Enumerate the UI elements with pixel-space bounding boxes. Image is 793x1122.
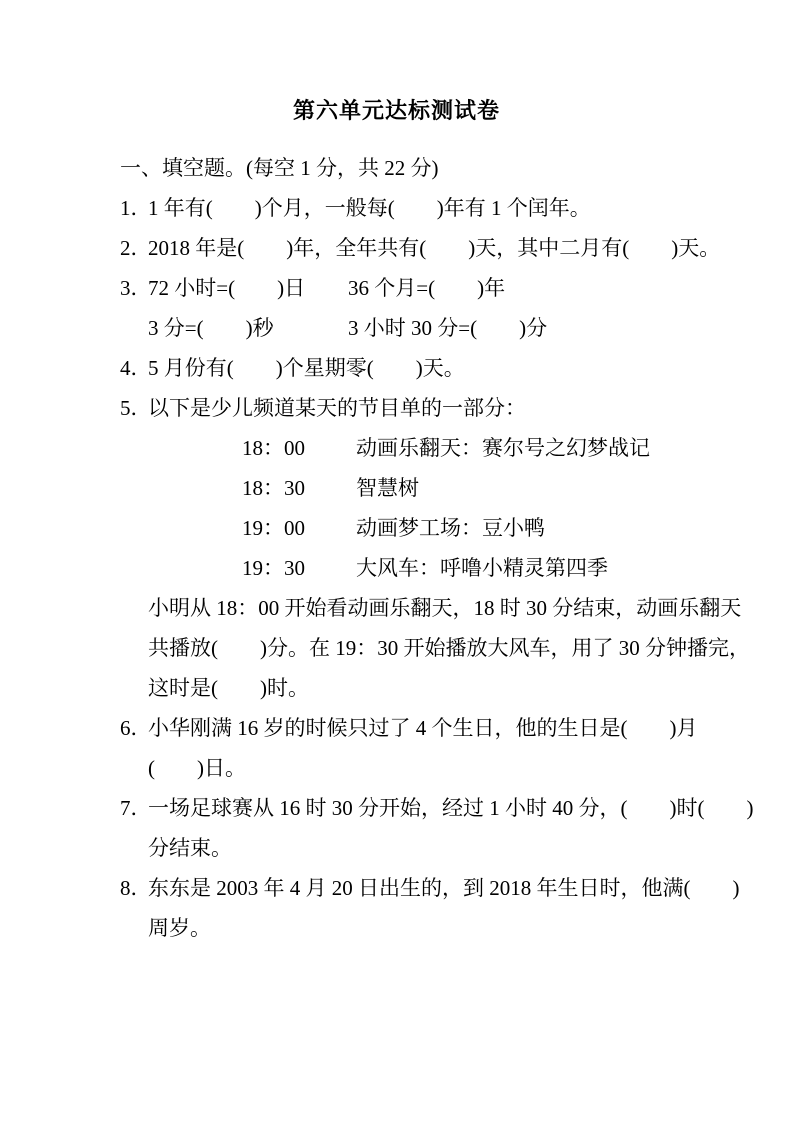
question-4: 4．5 月份有( )个星期零( )天。 xyxy=(120,348,693,388)
schedule-row: 19：30大风车：呼噜小精灵第四季 xyxy=(120,548,693,588)
question-2: 2．2018 年是( )年，全年共有( )天，其中二月有( )天。 xyxy=(120,228,693,268)
question-number: 2． xyxy=(120,228,148,268)
question-text-line: 周岁。 xyxy=(120,908,693,948)
question-5: 5．以下是少儿频道某天的节目单的一部分： 18：00动画乐翻天：赛尔号之幻梦战记… xyxy=(120,388,693,708)
schedule-time: 19：00 xyxy=(242,508,356,548)
schedule-time: 18：00 xyxy=(242,428,356,468)
question-text-line: 7．一场足球赛从 16 时 30 分开始，经过 1 小时 40 分，( )时( … xyxy=(120,788,693,828)
question-text-line: 8．东东是 2003 年 4 月 20 日出生的，到 2018 年生日时，他满(… xyxy=(120,868,693,908)
question-text-line: 4．5 月份有( )个星期零( )天。 xyxy=(120,348,693,388)
fill-blank-text: 1 年有( )个月，一般每( )年有 1 个闰年。 xyxy=(148,196,591,220)
question-text-line: 3 分=( )秒3 小时 30 分=( )分 xyxy=(120,308,693,348)
question-number: 6． xyxy=(120,708,148,748)
schedule-program-title: 动画乐翻天：赛尔号之幻梦战记 xyxy=(356,436,650,460)
question-number: 4． xyxy=(120,348,148,388)
schedule-program-title: 动画梦工场：豆小鸭 xyxy=(356,516,545,540)
page-title: 第六单元达标测试卷 xyxy=(0,0,793,124)
question-text-line: 5．以下是少儿频道某天的节目单的一部分： xyxy=(120,388,693,428)
question-number: 5． xyxy=(120,388,148,428)
fill-blank-text: 5 月份有( )个星期零( )天。 xyxy=(148,356,465,380)
conversion-right: 3 小时 30 分=( )分 xyxy=(348,316,547,340)
fill-blank-text: 小华刚满 16 岁的时候只过了 4 个生日，他的生日是( )月 xyxy=(148,716,697,740)
paper-content: 一、填空题。(每空 1 分，共 22 分) 1．1 年有( )个月，一般每( )… xyxy=(0,148,793,948)
question-text-line: 分结束。 xyxy=(120,828,693,868)
question-text-line: 6．小华刚满 16 岁的时候只过了 4 个生日，他的生日是( )月 xyxy=(120,708,693,748)
conversion-left: 3 分=( )秒 xyxy=(148,308,348,348)
test-paper-page: 第六单元达标测试卷 一、填空题。(每空 1 分，共 22 分) 1．1 年有( … xyxy=(0,0,793,1122)
question-number: 8． xyxy=(120,868,148,908)
question-number: 1． xyxy=(120,188,148,228)
schedule-time: 18：30 xyxy=(242,468,356,508)
program-schedule: 18：00动画乐翻天：赛尔号之幻梦战记 18：30智慧树 19：00动画梦工场：… xyxy=(120,428,693,588)
conversion-left: 72 小时=( )日 xyxy=(148,268,348,308)
fill-blank-text: 东东是 2003 年 4 月 20 日出生的，到 2018 年生日时，他满( ) xyxy=(148,876,740,900)
schedule-row: 18：00动画乐翻天：赛尔号之幻梦战记 xyxy=(120,428,693,468)
question-text-line: 1．1 年有( )个月，一般每( )年有 1 个闰年。 xyxy=(120,188,693,228)
question-1: 1．1 年有( )个月，一般每( )年有 1 个闰年。 xyxy=(120,188,693,228)
conversion-right: 36 个月=( )年 xyxy=(348,276,505,300)
schedule-time: 19：30 xyxy=(242,548,356,588)
schedule-program-title: 大风车：呼噜小精灵第四季 xyxy=(356,556,608,580)
question-intro-text: 以下是少儿频道某天的节目单的一部分： xyxy=(148,396,526,420)
question-text-line: 小明从 18：00 开始看动画乐翻天，18 时 30 分结束，动画乐翻天 xyxy=(120,588,693,628)
section-heading: 一、填空题。(每空 1 分，共 22 分) xyxy=(120,148,693,188)
schedule-program-title: 智慧树 xyxy=(356,476,419,500)
question-text-line: ( )日。 xyxy=(120,748,693,788)
question-text-line: 这时是( )时。 xyxy=(120,668,693,708)
question-text-line: 3．72 小时=( )日36 个月=( )年 xyxy=(120,268,693,308)
fill-blank-text: 2018 年是( )年，全年共有( )天，其中二月有( )天。 xyxy=(148,236,720,260)
question-number: 7． xyxy=(120,788,148,828)
question-6: 6．小华刚满 16 岁的时候只过了 4 个生日，他的生日是( )月 ( )日。 xyxy=(120,708,693,788)
fill-blank-text: 一场足球赛从 16 时 30 分开始，经过 1 小时 40 分，( )时( ) xyxy=(148,796,753,820)
question-text-line: 2．2018 年是( )年，全年共有( )天，其中二月有( )天。 xyxy=(120,228,693,268)
question-text-line: 共播放( )分。在 19：30 开始播放大风车，用了 30 分钟播完， xyxy=(120,628,693,668)
question-number: 3． xyxy=(120,268,148,308)
schedule-row: 18：30智慧树 xyxy=(120,468,693,508)
question-3: 3．72 小时=( )日36 个月=( )年 3 分=( )秒3 小时 30 分… xyxy=(120,268,693,348)
question-8: 8．东东是 2003 年 4 月 20 日出生的，到 2018 年生日时，他满(… xyxy=(120,868,693,948)
schedule-row: 19：00动画梦工场：豆小鸭 xyxy=(120,508,693,548)
question-7: 7．一场足球赛从 16 时 30 分开始，经过 1 小时 40 分，( )时( … xyxy=(120,788,693,868)
